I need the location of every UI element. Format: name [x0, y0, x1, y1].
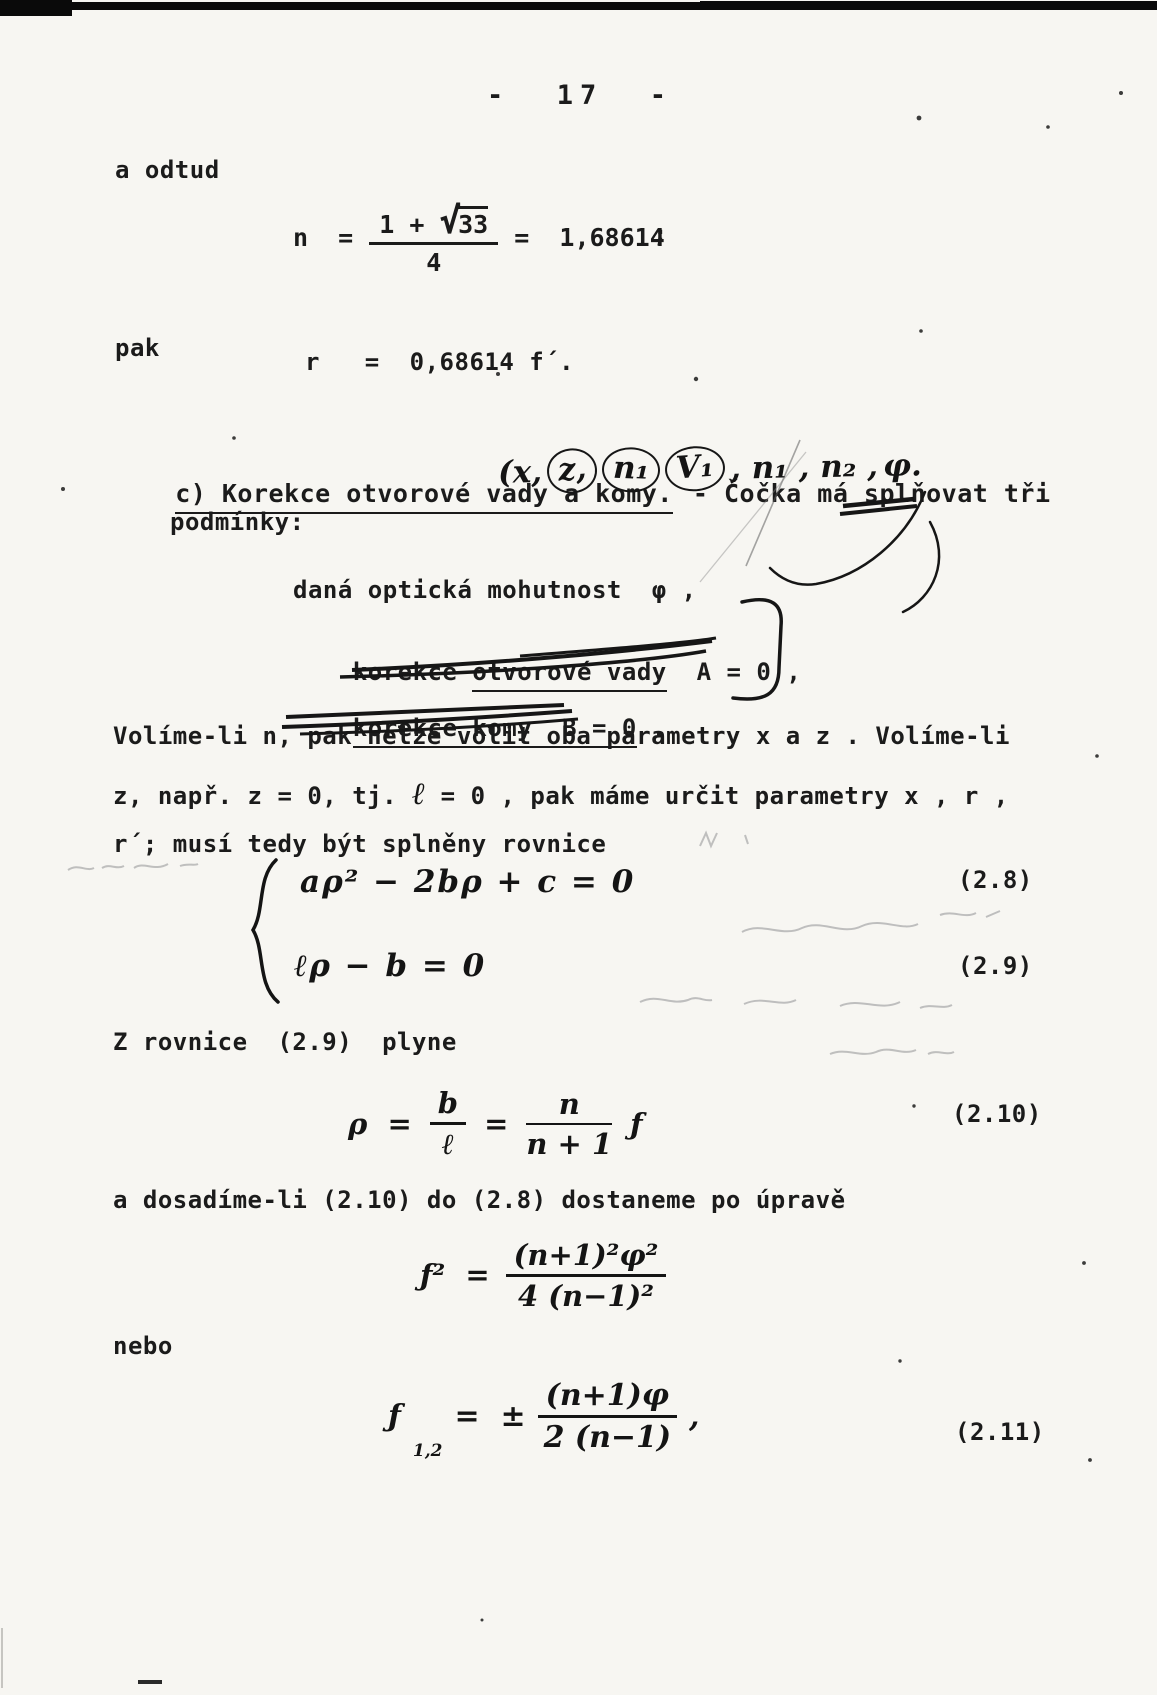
annotation-circled-n1: n₁	[602, 446, 662, 493]
ink-speck	[898, 1359, 901, 1362]
scan-edge-left-line	[1, 1628, 3, 1688]
annotation-x: (x,	[498, 453, 543, 490]
equations-brace	[253, 860, 278, 1002]
eq-211-subscript: 1,2	[413, 1441, 443, 1461]
eq-211-comma: ,	[689, 1399, 699, 1434]
pencil-scribble-M	[700, 833, 748, 846]
equation-2-8-label: (2.8)	[958, 866, 1033, 894]
eq-210-fraction-1: b ℓ	[430, 1086, 466, 1162]
eq-n-semicolon: ;	[653, 220, 668, 248]
eq-210-lhs: ρ =	[348, 1107, 412, 1141]
eq-210-tail: ƒ	[630, 1107, 642, 1141]
eq-210-f1-num: b	[430, 1086, 466, 1122]
equation-r: r = 0,68614 f´.	[305, 348, 574, 376]
equation-2-10-label: (2.10)	[952, 1100, 1042, 1128]
ink-speck	[919, 329, 923, 333]
ink-speck	[232, 436, 236, 440]
eq-210-mid: =	[484, 1107, 508, 1141]
ink-speck	[917, 116, 922, 121]
equation-f-squared: ƒ² = (n+1)²φ² 4 (n−1)²	[420, 1238, 666, 1313]
eq-211-num: (n+1)φ	[538, 1378, 677, 1415]
eq-210-f2-num: n	[551, 1087, 588, 1123]
eq-211-f: ƒ	[388, 1399, 401, 1434]
ink-speck	[481, 1619, 484, 1622]
radicand: 33	[458, 206, 488, 239]
ink-speck	[912, 1104, 915, 1107]
eq-n-rhs: = 1,68614	[514, 223, 665, 252]
ink-speck	[694, 377, 698, 381]
eq-210-f2-den: n + 1	[526, 1125, 612, 1161]
scan-mark-bottom-dash	[138, 1680, 162, 1684]
annotation-circled-z: z,	[545, 446, 599, 495]
paragraph1-line2-post: = 0 , pak máme určit parametry x , r ,	[426, 782, 1009, 810]
paragraph1-line2-pre: z, např. z = 0, tj.	[113, 782, 412, 810]
annotation-mid: , n₁ , n₂ ,	[730, 448, 878, 487]
equation-2-9-label: (2.9)	[958, 952, 1033, 980]
paragraph3: a dosadíme-li (2.10) do (2.8) dostaneme …	[113, 1186, 846, 1214]
equation-n: n = 1 + √ 33 4 = 1,68614	[293, 198, 665, 277]
annotation-circled-v1: V₁	[664, 444, 727, 493]
eq-f2-fraction: (n+1)²φ² 4 (n−1)²	[506, 1238, 667, 1313]
scan-edge-top	[0, 2, 1157, 10]
radical-sign: √	[439, 201, 461, 242]
paragraph2: Z rovnice (2.9) plyne	[113, 1028, 457, 1056]
handwritten-annotation: (x, z, n₁ V₁ , n₁ , n₂ , φ.	[498, 442, 922, 494]
paragraph1-line1: Volíme-li n, pak nelze volit oba paramet…	[113, 722, 1010, 750]
scan-edge-top-left	[0, 0, 72, 16]
equation-2-11: ƒ 1,2 = ± (n+1)φ 2 (n−1) ,	[388, 1378, 699, 1455]
scanned-document-page: - 17 - a odtud n = 1 + √ 33 4 = 1,68614 …	[0, 0, 1157, 1695]
eq-210-fraction-2: n n + 1	[526, 1087, 612, 1162]
condition-spherical-post: A = 0 ,	[667, 658, 802, 686]
ink-speck	[61, 487, 65, 491]
pak-text: pak	[115, 334, 160, 362]
scan-edge-top-right	[700, 1, 1157, 8]
eq-f2-den: 4 (n−1)²	[518, 1277, 654, 1313]
paragraph1-line2: z, např. z = 0, tj. ℓ = 0 , pak máme urč…	[113, 776, 1009, 812]
ink-speck	[1095, 754, 1099, 758]
ink-speck	[1046, 125, 1050, 129]
section-heading-line2: podmínky:	[170, 508, 305, 536]
pencil-scribble-left-margin	[68, 864, 198, 870]
ink-speck	[1082, 1261, 1086, 1265]
intro-text: a odtud	[115, 156, 220, 184]
eq-211-fraction: (n+1)φ 2 (n−1)	[538, 1378, 677, 1455]
eq-211-mid: = ±	[454, 1399, 525, 1434]
equation-2-11-label: (2.11)	[955, 1418, 1045, 1446]
equation-2-9: ℓρ − b = 0	[294, 948, 486, 984]
ink-speck	[1119, 91, 1123, 95]
condition-power: daná optická mohutnost φ ,	[293, 576, 697, 604]
equation-2-10: ρ = b ℓ = n n + 1 ƒ	[348, 1086, 643, 1162]
nebo-text: nebo	[113, 1332, 173, 1360]
annotation-phi: φ.	[883, 447, 922, 484]
eq-210-f1-den: ℓ	[442, 1125, 454, 1162]
eq-n-lhs: n =	[293, 223, 353, 252]
paragraph1-line3: r´; musí tedy být splněny rovnice	[113, 830, 606, 858]
eq-n-fraction: 1 + √ 33 4	[369, 198, 498, 277]
eq-211-den: 2 (n−1)	[544, 1418, 672, 1455]
pencil-scribble-below-29	[640, 998, 952, 1008]
eq-f2-num: (n+1)²φ²	[506, 1238, 667, 1274]
equation-2-8: aρ² − 2bρ + c = 0	[300, 864, 635, 900]
script-ell: ℓ	[412, 776, 426, 812]
condition-spherical-pre: korekce	[353, 658, 473, 686]
page-number: - 17 -	[487, 80, 673, 111]
ink-speck	[1088, 1458, 1092, 1462]
pencil-scribble-lower-right	[830, 1050, 954, 1054]
eq-n-numerator-pre: 1 +	[379, 210, 439, 239]
pencil-scribble-mid-right	[742, 911, 1000, 932]
eq-f2-lhs: ƒ² =	[420, 1258, 490, 1292]
eq-n-denominator: 4	[426, 245, 441, 277]
